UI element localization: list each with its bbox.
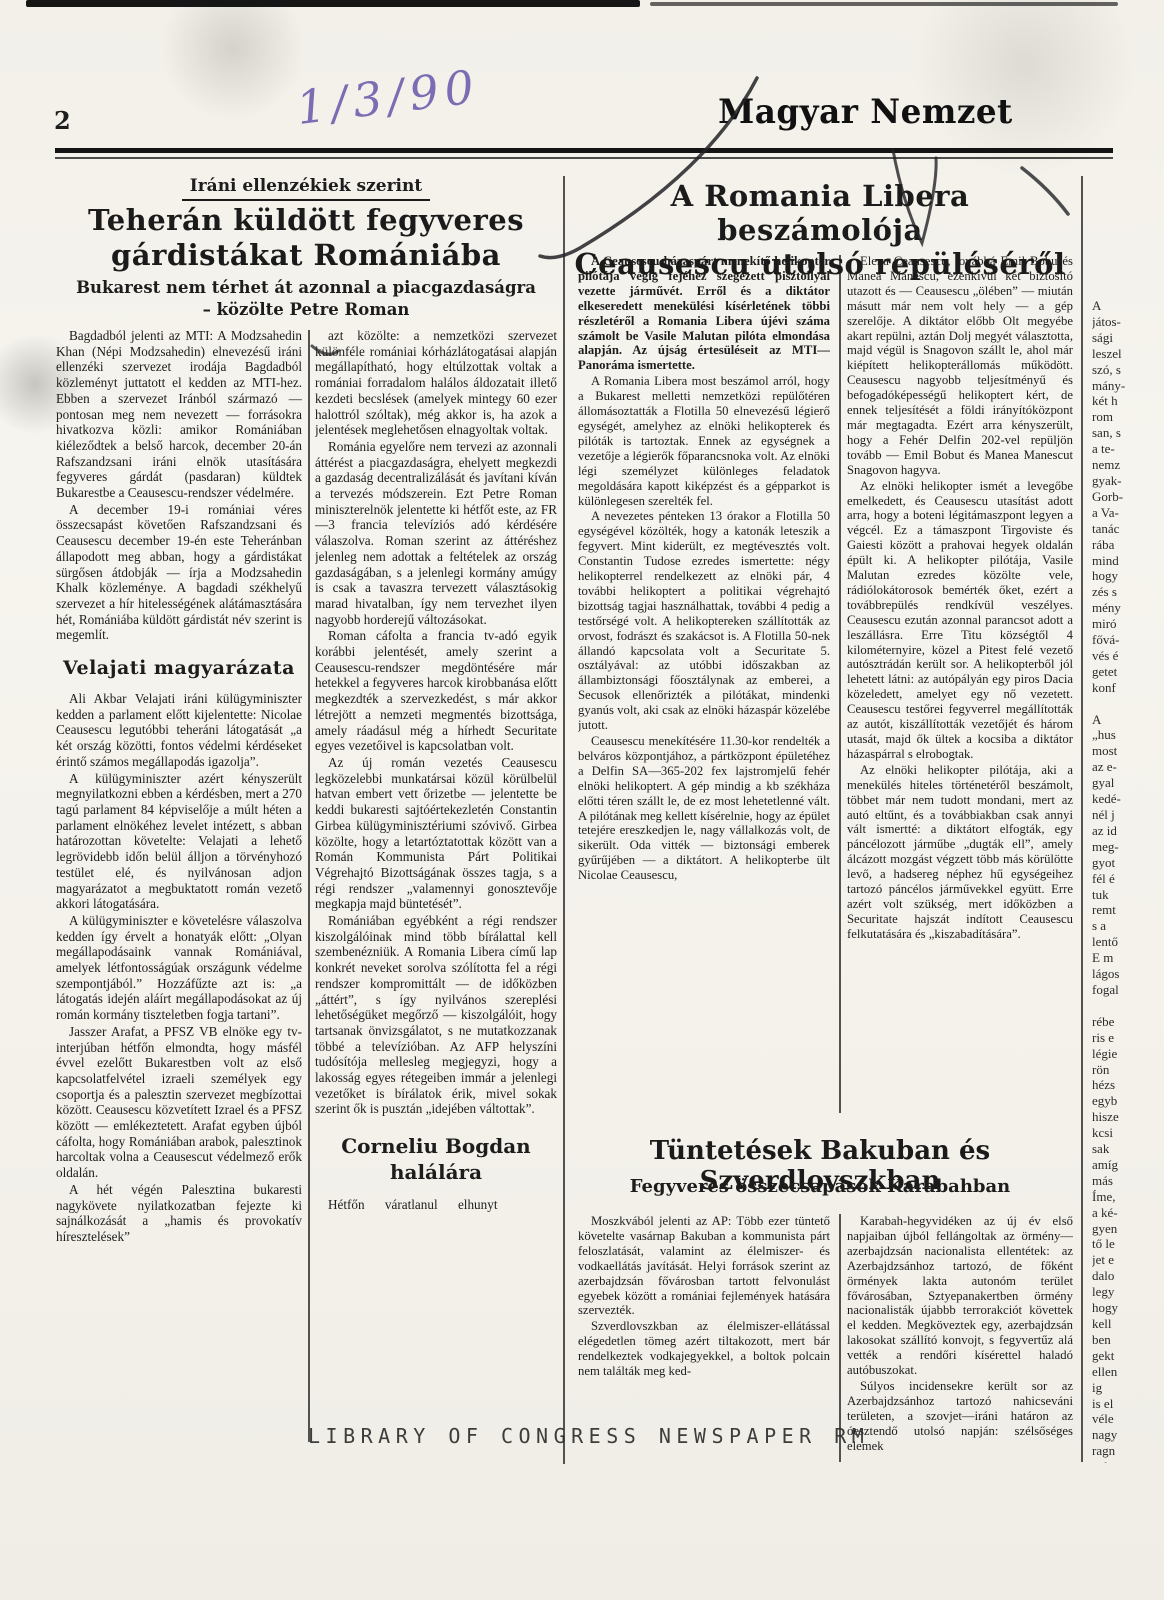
subhead-corneliu-line2: halálára	[315, 1159, 557, 1185]
paragraph: A Romania Libera most beszámol arról, ho…	[578, 374, 830, 508]
baku-article-subdeck: Fegyveres összecsapások Karabahban	[566, 1176, 1074, 1197]
paragraph: Elena Ceausescu, továbbá Emil Bobu és Ma…	[847, 254, 1073, 478]
newspaper-page: 2 1/3/90 Magyar Nemzet Iráni ellenzékiek…	[0, 0, 1164, 1600]
subhead-corneliu-line1: Corneliu Bogdan	[315, 1133, 557, 1159]
baku-article-column-2: Karabah-hegyvidéken az új év első napjai…	[847, 1214, 1073, 1464]
left-article-subdeck: Bukarest nem térhet át azonnal a piacgaz…	[55, 277, 557, 321]
header-rule-thick	[55, 148, 1113, 153]
masthead-title: Magyar Nemzet	[718, 92, 1013, 132]
left-subdeck-line1: Bukarest nem térhet át azonnal a piacgaz…	[55, 277, 557, 299]
left-article-column-1: Bagdadból jelenti az MTI: A Modzsahedin …	[56, 328, 302, 1508]
paragraph: A Ceausescu-házaspárt menekítő helikopte…	[578, 254, 830, 373]
library-of-congress-stamp: LIBRARY OF CONGRESS NEWSPAPER RM	[308, 1424, 869, 1448]
paragraph: Hétfőn váratlanul elhunyt	[315, 1197, 557, 1213]
paragraph: A külügyminiszter azért kényszerült megn…	[56, 771, 302, 912]
mid-article-column-2: Elena Ceausescu, továbbá Emil Bobu és Ma…	[847, 254, 1073, 1116]
paragraph: Romániában egyébként a régi rendszer kis…	[315, 913, 557, 1117]
paragraph: Moszkvából jelenti az AP: Több ezer tünt…	[578, 1214, 830, 1318]
mid-article-column-1: A Ceausescu-házaspárt menekítő helikopte…	[578, 254, 830, 1116]
edge-cutoff-column: A játos- sági leszel szó, s mány- két h …	[1092, 298, 1164, 1463]
scan-smudge-top-left	[26, 0, 640, 7]
paragraph: Szverdlovszkban az élelmiszer-ellátással…	[578, 1319, 830, 1379]
paragraph: Roman cáfolta a francia tv-adó egyik kor…	[315, 628, 557, 754]
left-article-headline: Teherán küldött fegyveres gárdistákat Ro…	[55, 203, 557, 273]
left-article-kicker-wrap: Iráni ellenzékiek szerint	[55, 176, 557, 201]
subhead-velajati: Velajati magyarázata	[56, 657, 302, 679]
paragraph: azt közölte: a nemzetközi szervezet külö…	[315, 328, 557, 438]
header-rule-thin	[55, 157, 1113, 159]
handwritten-date: 1/3/90	[293, 59, 482, 135]
paragraph: Súlyos incidensekre került sor az Azerba…	[847, 1379, 1073, 1454]
divider-mid-cols-upper	[839, 255, 841, 1113]
paragraph: Az elnöki helikopter pilótája, aki a men…	[847, 763, 1073, 942]
scan-smudge-top-right	[650, 2, 1118, 6]
divider-left-mid	[563, 176, 565, 1464]
left-subdeck-line2: – közölte Petre Roman	[55, 299, 557, 321]
divider-left-cols	[308, 330, 310, 1442]
paragraph: A december 19-i romániai véres összecsap…	[56, 502, 302, 643]
paragraph: Románia egyelőre nem tervezi az azonnali…	[315, 439, 557, 627]
left-article-kicker: Iráni ellenzékiek szerint	[182, 176, 430, 201]
paragraph: Ali Akbar Velajati iráni külügyminiszter…	[56, 691, 302, 770]
page-number: 2	[54, 106, 71, 135]
mid-article-lead: A Ceausescu-házaspárt menekítő helikopte…	[578, 254, 830, 373]
paragraph: Ceausescu menekítésére 11.30-kor rendelt…	[578, 734, 830, 883]
paragraph: Az új román vezetés Ceausescu legközeleb…	[315, 755, 557, 912]
paragraph: Jasszer Arafat, a PFSZ VB elnöke egy tv-…	[56, 1024, 302, 1181]
subhead-corneliu-bogdan: Corneliu Bogdan halálára	[315, 1133, 557, 1185]
mid-headline-line1: A Romania Libera beszámolója	[566, 179, 1074, 247]
paragraph: Karabah-hegyvidéken az új év első napjai…	[847, 1214, 1073, 1378]
paragraph: A hét végén Palesztina bukaresti nagyköv…	[56, 1182, 302, 1245]
divider-edge-column	[1081, 176, 1083, 1462]
left-headline-line1: Teherán küldött fegyveres	[55, 203, 557, 238]
left-article-column-2: azt közölte: a nemzetközi szervezet külö…	[315, 328, 557, 1463]
paragraph: A külügyminiszter e követelésre válaszol…	[56, 913, 302, 1023]
left-headline-line2: gárdistákat Romániába	[55, 238, 557, 273]
paragraph: Az elnöki helikopter ismét a levegőbe em…	[847, 479, 1073, 762]
paragraph: A nevezetes pénteken 13 órakor a Flotill…	[578, 509, 830, 733]
paragraph: Bagdadból jelenti az MTI: A Modzsahedin …	[56, 328, 302, 501]
